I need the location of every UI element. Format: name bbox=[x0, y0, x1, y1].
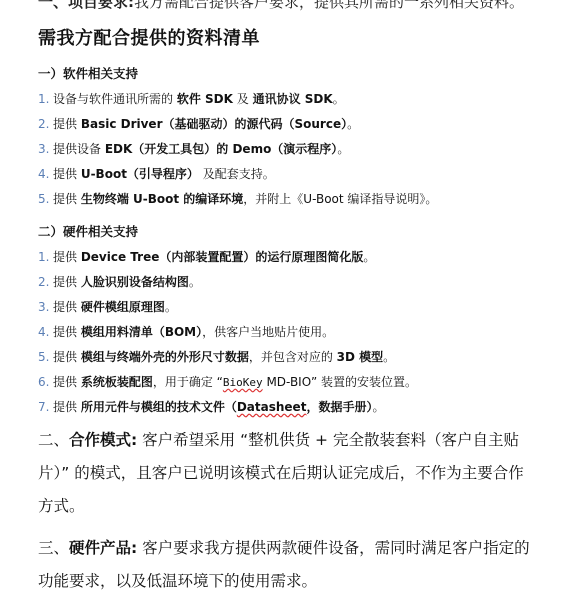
item-text: 提供设备 bbox=[53, 142, 105, 156]
list-number: 5. bbox=[38, 192, 53, 206]
item-text: 提供 bbox=[53, 167, 81, 181]
list-number: 5. bbox=[38, 350, 53, 364]
item-text: 提供 bbox=[53, 325, 81, 339]
list-item: 1.设备与软件通讯所需的 软件 SDK 及 通讯协议 SDK。 bbox=[38, 90, 345, 107]
list-item: 1.提供 Device Tree（内部装置配置）的运行原理图简化版。 bbox=[38, 248, 375, 265]
list-item: 3.提供 硬件模组原理图。 bbox=[38, 298, 177, 315]
list-number: 2. bbox=[38, 117, 53, 131]
item-bold: 硬件模组原理图 bbox=[81, 300, 165, 314]
item-text: ，用于确定 “ bbox=[153, 375, 223, 389]
item-text: ，并包含对应的 bbox=[249, 350, 337, 364]
clipped-top-line: 一、项目要求:我方需配合提供客户要求，提供其所需的一系列相关资料。 bbox=[38, 0, 524, 12]
item-bold: ，数据手册） bbox=[306, 400, 372, 414]
item-text: 。 bbox=[333, 92, 345, 106]
list-item: 2.提供 人脸识别设备结构图。 bbox=[38, 273, 201, 290]
item-text: 提供 bbox=[53, 192, 81, 206]
item-text: ，并附上《U-Boot 编译指导说明》。 bbox=[243, 192, 437, 206]
list-item: 4.提供 U-Boot（引导程序） 及配套支持。 bbox=[38, 165, 275, 182]
item-text: 提供 bbox=[53, 350, 81, 364]
item-bold: 模组用料清单（BOM） bbox=[81, 325, 202, 339]
item-bold: 所用元件与模组的技术文件（ bbox=[81, 400, 237, 414]
list-item: 5.提供 模组与终端外壳的外形尺寸数据，并包含对应的 3D 模型。 bbox=[38, 348, 395, 365]
item-bold: 生物终端 U-Boot 的编译环境 bbox=[81, 192, 243, 206]
list-item: 3.提供设备 EDK（开发工具包）的 Demo（演示程序）。 bbox=[38, 140, 349, 157]
page-title: 需我方配合提供的资料清单 bbox=[38, 24, 260, 50]
item-bold: 人脸识别设备结构图 bbox=[81, 275, 189, 289]
item-bold: 3D 模型 bbox=[337, 350, 384, 364]
list-number: 4. bbox=[38, 167, 53, 181]
item-text: 。 bbox=[337, 142, 349, 156]
list-number: 2. bbox=[38, 275, 53, 289]
list-item: 4.提供 模组用料清单（BOM），供客户当地贴片使用。 bbox=[38, 323, 334, 340]
list-number: 3. bbox=[38, 142, 53, 156]
list-number: 1. bbox=[38, 250, 53, 264]
item-text: 提供 bbox=[53, 400, 81, 414]
paragraph-label: 合作模式: bbox=[69, 431, 137, 449]
spellcheck-word: Datasheet bbox=[237, 400, 307, 414]
item-text: 提供 bbox=[53, 117, 81, 131]
item-bold: Device Tree（内部装置配置）的运行原理图简化版 bbox=[81, 250, 364, 264]
list-item: 5.提供 生物终端 U-Boot 的编译环境，并附上《U-Boot 编译指导说明… bbox=[38, 190, 437, 207]
clipped-top-lead: 一、项目要求: bbox=[38, 0, 134, 11]
item-bold: 模组与终端外壳的外形尺寸数据 bbox=[81, 350, 249, 364]
list-number: 3. bbox=[38, 300, 53, 314]
hardware-products-paragraph: 三、硬件产品: 客户要求我方提供两款硬件设备，需同时满足客户指定的功能要求，以及… bbox=[38, 532, 538, 598]
item-text: 。 bbox=[165, 300, 177, 314]
paragraph-number: 二、 bbox=[38, 431, 69, 449]
list-number: 4. bbox=[38, 325, 53, 339]
item-bold: 系统板装配图 bbox=[81, 375, 153, 389]
item-text: 及 bbox=[233, 92, 253, 106]
item-text: 。 bbox=[189, 275, 201, 289]
item-text: 提供 bbox=[53, 275, 81, 289]
list-number: 1. bbox=[38, 92, 53, 106]
paragraph-label: 硬件产品: bbox=[69, 539, 137, 557]
item-text: ，供客户当地贴片使用。 bbox=[202, 325, 334, 339]
item-text: 。 bbox=[372, 400, 384, 414]
item-text: 提供 bbox=[53, 375, 81, 389]
item-text: 。 bbox=[383, 350, 395, 364]
item-text: 。 bbox=[363, 250, 375, 264]
item-bold: 通讯协议 SDK bbox=[253, 92, 333, 106]
item-text: 及配套支持。 bbox=[199, 167, 275, 181]
item-text: 提供 bbox=[53, 300, 81, 314]
item-bold: 软件 SDK bbox=[177, 92, 233, 106]
item-text: MD-BIO” 装置的安装位置。 bbox=[263, 375, 417, 389]
cooperation-paragraph: 二、合作模式: 客户希望采用 “整机供货 + 完全散装套料（客户自主贴片）” 的… bbox=[38, 424, 538, 523]
clipped-top-text: 我方需配合提供客户要求，提供其所需的一系列相关资料。 bbox=[134, 0, 524, 11]
list-number: 6. bbox=[38, 375, 53, 389]
spellcheck-word: BioKey bbox=[223, 376, 263, 389]
list-number: 7. bbox=[38, 400, 53, 414]
item-text: 设备与软件通讯所需的 bbox=[53, 92, 177, 106]
list-item: 7.提供 所用元件与模组的技术文件（Datasheet，数据手册）。 bbox=[38, 398, 384, 415]
list-item: 6.提供 系统板装配图，用于确定 “BioKey MD-BIO” 装置的安装位置… bbox=[38, 373, 417, 390]
software-section-heading: 一）软件相关支持 bbox=[38, 64, 138, 82]
item-text: 。 bbox=[347, 117, 359, 131]
hardware-section-heading: 二）硬件相关支持 bbox=[38, 222, 138, 240]
list-item: 2.提供 Basic Driver（基础驱动）的源代码（Source）。 bbox=[38, 115, 359, 132]
item-text: 提供 bbox=[53, 250, 81, 264]
item-bold: EDK（开发工具包）的 Demo（演示程序） bbox=[105, 142, 337, 156]
paragraph-number: 三、 bbox=[38, 539, 69, 557]
item-bold: Basic Driver（基础驱动）的源代码（Source） bbox=[81, 117, 347, 131]
item-bold: U-Boot（引导程序） bbox=[81, 167, 199, 181]
